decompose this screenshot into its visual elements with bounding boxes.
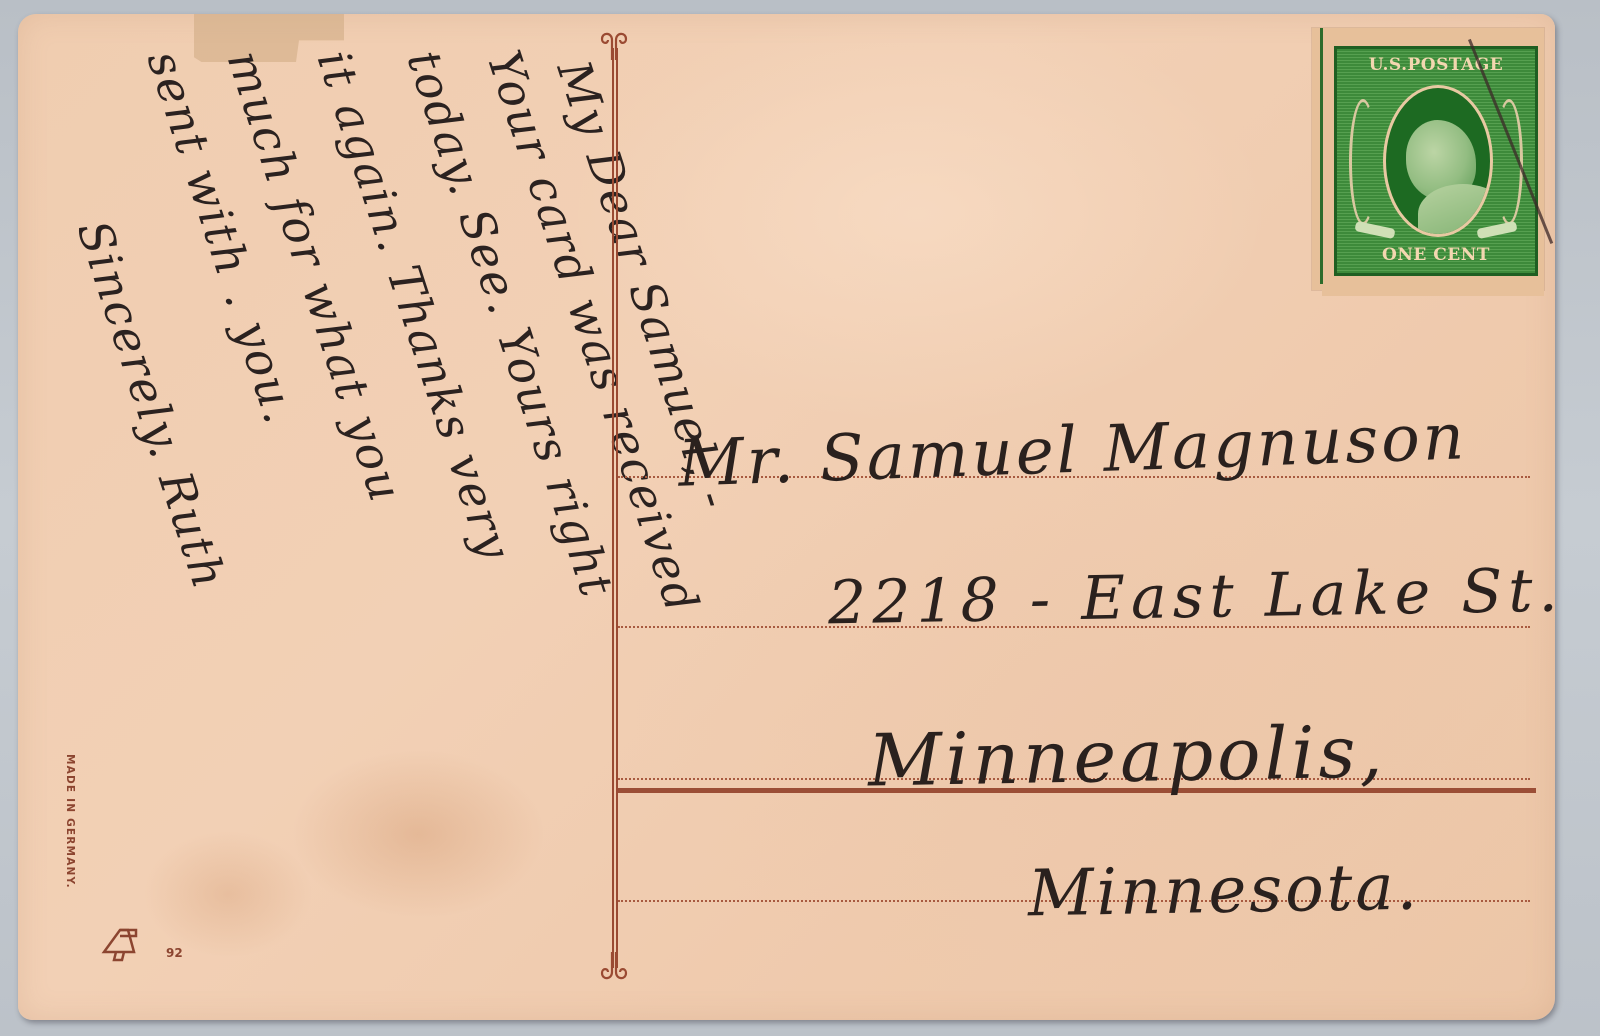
publisher-logo-icon (100, 922, 150, 962)
divider-ornament-bottom (596, 952, 632, 982)
stamp-guide-line (1320, 28, 1323, 284)
franklin-portrait-icon (1383, 85, 1493, 237)
recipient-state: Minnesota. (1027, 851, 1420, 932)
recipient-street: 2218 - East Lake St. (827, 556, 1555, 639)
postcard: My Dear Samuel, - Your card was received… (18, 14, 1555, 1020)
ribbon-left-icon (1354, 221, 1395, 239)
recipient-name: Mr. Samuel Magnuson (677, 400, 1468, 501)
publisher-number: 92 (166, 946, 183, 960)
laurel-left-icon (1349, 99, 1377, 225)
stamp-perforation (1322, 284, 1544, 296)
stamp-top-text: U.S.POSTAGE (1337, 55, 1535, 75)
recipient-city: Minneapolis, (867, 709, 1387, 802)
handwritten-message: My Dear Samuel, - Your card was received… (58, 44, 618, 984)
postage-stamp: U.S.POSTAGE ONE CENT (1312, 28, 1544, 290)
stamp-frame: U.S.POSTAGE ONE CENT (1334, 46, 1538, 276)
made-in-germany-imprint: MADE IN GERMANY. (64, 754, 76, 889)
stamp-bottom-text: ONE CENT (1337, 245, 1535, 265)
message-address-divider (612, 48, 615, 968)
